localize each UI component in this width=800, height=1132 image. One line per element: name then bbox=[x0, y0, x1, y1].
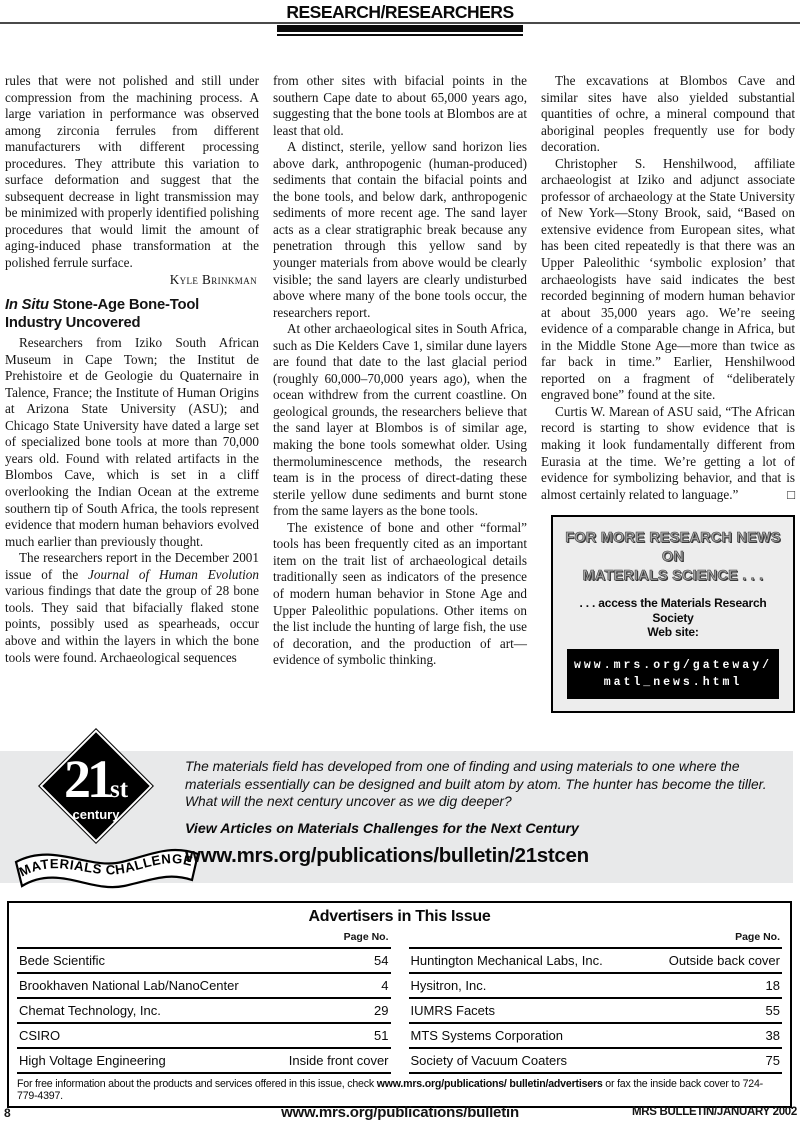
page-section-title: RESEARCH/RESEARCHERS bbox=[0, 2, 800, 23]
promo-subtitle-line2: Web site: bbox=[559, 625, 787, 640]
promo-url-line2: matl_news.html bbox=[569, 674, 777, 691]
table-row: High Voltage EngineeringInside front cov… bbox=[17, 1049, 391, 1074]
table-row: IUMRS Facets55 bbox=[409, 999, 783, 1024]
paragraph: Curtis W. Marean of ASU said, “The Afric… bbox=[541, 404, 795, 503]
advertiser-page: Outside back cover bbox=[669, 953, 780, 968]
materials-challenges-ribbon: MATERIALS CHALLENGES bbox=[10, 834, 206, 896]
table-row: CSIRO51 bbox=[17, 1024, 391, 1049]
table-row: Brookhaven National Lab/NanoCenter4 bbox=[17, 974, 391, 999]
column-header-page-no: Page No. bbox=[409, 928, 783, 949]
masthead-thick-bar bbox=[277, 25, 523, 32]
advertiser-name: Society of Vacuum Coaters bbox=[411, 1053, 568, 1068]
advertiser-name: MTS Systems Corporation bbox=[411, 1028, 563, 1043]
paragraph: from other sites with bifacial points in… bbox=[273, 73, 527, 139]
table-row: Society of Vacuum Coaters75 bbox=[409, 1049, 783, 1074]
advertiser-page: 54 bbox=[374, 953, 388, 968]
journal-title: Journal of Human Evolution bbox=[88, 567, 259, 582]
advertiser-page: 75 bbox=[766, 1053, 780, 1068]
advertiser-name: Bede Scientific bbox=[19, 953, 105, 968]
promo-title-line1: FOR MORE RESEARCH NEWS ON bbox=[559, 529, 787, 567]
article-column-2: from other sites with bifacial points in… bbox=[273, 73, 527, 713]
table-row: MTS Systems Corporation38 bbox=[409, 1024, 783, 1049]
advertiser-name: Huntington Mechanical Labs, Inc. bbox=[411, 953, 603, 968]
column-header-page-no: Page No. bbox=[17, 928, 391, 949]
advertiser-page: 18 bbox=[766, 978, 780, 993]
advertisers-right-column: Page No. Huntington Mechanical Labs, Inc… bbox=[409, 928, 783, 1074]
advertiser-name: Chemat Technology, Inc. bbox=[19, 1003, 161, 1018]
article-heading-italic: In Situ bbox=[5, 297, 49, 313]
advertiser-name: IUMRS Facets bbox=[411, 1003, 496, 1018]
advertiser-page: 55 bbox=[766, 1003, 780, 1018]
table-row: Bede Scientific54 bbox=[17, 949, 391, 974]
research-news-promo-box: FOR MORE RESEARCH NEWS ON MATERIALS SCIE… bbox=[551, 515, 795, 713]
footnote-text: For free information about the products … bbox=[17, 1078, 377, 1090]
paragraph-text: various findings that date the group of … bbox=[5, 583, 259, 664]
table-row: Chemat Technology, Inc.29 bbox=[17, 999, 391, 1024]
masthead-rule bbox=[0, 22, 800, 24]
advertisers-left-column: Page No. Bede Scientific54 Brookhaven Na… bbox=[17, 928, 391, 1074]
promo-url-line1: www.mrs.org/gateway/ bbox=[569, 657, 777, 674]
advertiser-page: 38 bbox=[766, 1028, 780, 1043]
paragraph: At other archaeological sites in South A… bbox=[273, 321, 527, 520]
author-byline: Kyle Brinkman bbox=[5, 272, 259, 289]
advertiser-page: 51 bbox=[374, 1028, 388, 1043]
advertisers-columns: Page No. Bede Scientific54 Brookhaven Na… bbox=[17, 928, 782, 1074]
advertiser-name: Brookhaven National Lab/NanoCenter bbox=[19, 978, 239, 993]
magazine-page: RESEARCH/RESEARCHERS rules that were not… bbox=[0, 0, 800, 1132]
paragraph: Researchers from Iziko South African Mus… bbox=[5, 335, 259, 550]
banner-cta: View Articles on Materials Challenges fo… bbox=[185, 821, 785, 837]
article-column-1: rules that were not polished and still u… bbox=[5, 73, 259, 713]
footnote-url: www.mrs.org/publications/ bulletin/adver… bbox=[377, 1078, 603, 1090]
century-banner: 21st century MATERIALS CHALLENGES The ma… bbox=[0, 751, 793, 883]
paragraph: rules that were not polished and still u… bbox=[5, 73, 259, 272]
article-heading: In Situ Stone-Age Bone-Tool Industry Unc… bbox=[5, 297, 259, 332]
promo-url-box: www.mrs.org/gateway/ matl_news.html bbox=[567, 649, 779, 699]
table-row: Huntington Mechanical Labs, Inc.Outside … bbox=[409, 949, 783, 974]
promo-title-line2: MATERIALS SCIENCE . . . bbox=[559, 567, 787, 586]
logo-suffix: st bbox=[110, 776, 128, 803]
advertiser-name: High Voltage Engineering bbox=[19, 1053, 166, 1068]
banner-text-block: The materials field has developed from o… bbox=[185, 758, 785, 868]
logo-21st: 21st bbox=[26, 748, 166, 810]
paragraph: The existence of bone and other “formal”… bbox=[273, 520, 527, 669]
logo-century-label: century bbox=[26, 807, 166, 822]
article-columns: rules that were not polished and still u… bbox=[5, 73, 795, 713]
promo-subtitle-line1: . . . access the Materials Research Soci… bbox=[559, 596, 787, 625]
logo-number: 21 bbox=[64, 749, 110, 809]
paragraph: Christopher S. Henshilwood, affiliate ar… bbox=[541, 156, 795, 404]
21st-century-logo: 21st century MATERIALS CHALLENGES bbox=[26, 734, 206, 884]
banner-tagline-line2: materials essentially can be designed an… bbox=[185, 776, 785, 794]
banner-tagline-line1: The materials field has developed from o… bbox=[185, 758, 785, 776]
advertiser-page: Inside front cover bbox=[289, 1053, 389, 1068]
banner-tagline-line3: What will the next century uncover as we… bbox=[185, 793, 785, 811]
paragraph: The excavations at Blombos Cave and simi… bbox=[541, 73, 795, 156]
advertiser-name: CSIRO bbox=[19, 1028, 60, 1043]
paragraph: A distinct, sterile, yellow sand horizon… bbox=[273, 139, 527, 321]
article-column-3: The excavations at Blombos Cave and simi… bbox=[541, 73, 795, 713]
paragraph: The researchers report in the December 2… bbox=[5, 550, 259, 666]
footer-issue-label: MRS BULLETIN/JANUARY 2002 bbox=[632, 1106, 797, 1118]
advertiser-page: 29 bbox=[374, 1003, 388, 1018]
paragraph-text: Curtis W. Marean of ASU said, “The Afric… bbox=[541, 404, 795, 502]
advertisers-title: Advertisers in This Issue bbox=[17, 908, 782, 926]
advertiser-page: 4 bbox=[381, 978, 388, 993]
end-of-article-icon: □ bbox=[773, 487, 795, 504]
advertiser-name: Hysitron, Inc. bbox=[411, 978, 487, 993]
advertisers-footnote: For free information about the products … bbox=[17, 1074, 782, 1106]
banner-url: www.mrs.org/publications/bulletin/21stce… bbox=[185, 844, 785, 868]
advertisers-table: Advertisers in This Issue Page No. Bede … bbox=[7, 901, 792, 1108]
masthead-thin-bar bbox=[277, 34, 523, 36]
table-row: Hysitron, Inc.18 bbox=[409, 974, 783, 999]
